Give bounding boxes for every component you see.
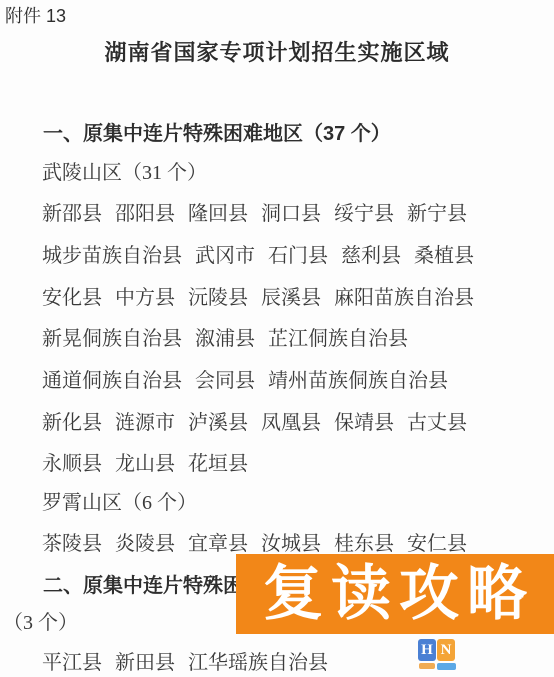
county-name: 绥宁县 (334, 203, 394, 226)
county-name: 宜章县 (188, 533, 248, 556)
county-name: 麻阳苗族自治县 (334, 287, 474, 310)
county-name: 古丈县 (407, 412, 467, 435)
county-row-5: 通道侗族自治县会同县靖州苗族侗族自治县 (42, 370, 448, 393)
document-page: 附件 13 湖南省国家专项计划招生实施区域 一、原集中连片特殊困难地区（37 个… (0, 0, 554, 677)
county-name: 会同县 (195, 370, 255, 393)
county-name: 花垣县 (188, 453, 248, 476)
county-name: 沅陵县 (188, 287, 248, 310)
county-name: 炎陵县 (115, 533, 175, 556)
subsection-luoxiao-heading: 罗霄山区（6 个） (42, 492, 197, 515)
county-name: 新晃侗族自治县 (42, 328, 182, 351)
county-row-2: 城步苗族自治县武冈市石门县慈利县桑植县 (42, 245, 474, 268)
county-row-6: 新化县涟源市泸溪县凤凰县保靖县古丈县 (42, 412, 467, 435)
county-name: 武冈市 (195, 245, 255, 268)
county-name: 安化县 (42, 287, 102, 310)
county-name: 泸溪县 (188, 412, 248, 435)
section-2-heading-wrap: （3 个） (3, 612, 78, 635)
watermark-banner: 复读攻略 (236, 554, 554, 634)
county-name: 桂东县 (334, 533, 394, 556)
county-name: 平江县 (42, 652, 102, 675)
county-name: 江华瑶族自治县 (188, 652, 328, 675)
county-name: 新化县 (42, 412, 102, 435)
county-row-9: 平江县新田县江华瑶族自治县 (42, 652, 328, 675)
county-name: 茶陵县 (42, 533, 102, 556)
county-name: 隆回县 (188, 203, 248, 226)
county-name: 中方县 (115, 287, 175, 310)
county-name: 辰溪县 (261, 287, 321, 310)
attachment-label: 附件 13 (5, 6, 66, 27)
county-name: 城步苗族自治县 (42, 245, 182, 268)
county-name: 涟源市 (115, 412, 175, 435)
county-name: 石门县 (268, 245, 328, 268)
county-name: 汝城县 (261, 533, 321, 556)
logo-left-bar-icon (419, 663, 435, 669)
county-name: 通道侗族自治县 (42, 370, 182, 393)
county-name: 桑植县 (414, 245, 474, 268)
county-name: 永顺县 (42, 453, 102, 476)
county-name: 新宁县 (407, 203, 467, 226)
county-name: 邵阳县 (115, 203, 175, 226)
county-row-8: 茶陵县炎陵县宜章县汝城县桂东县安仁县 (42, 533, 467, 556)
county-name: 保靖县 (334, 412, 394, 435)
hn-logo: H N (418, 639, 458, 672)
section-2-heading: 二、原集中连片特殊困 (43, 575, 243, 598)
county-name: 凤凰县 (261, 412, 321, 435)
county-name: 龙山县 (115, 453, 175, 476)
county-row-4: 新晃侗族自治县溆浦县芷江侗族自治县 (42, 328, 408, 351)
logo-n-tile-icon: N (437, 639, 455, 661)
section-1-heading: 一、原集中连片特殊困难地区（37 个） (43, 123, 391, 146)
county-row-1: 新邵县邵阳县隆回县洞口县绥宁县新宁县 (42, 203, 467, 226)
county-row-7: 永顺县龙山县花垣县 (42, 453, 248, 476)
watermark-text: 复读攻略 (263, 554, 535, 634)
logo-h-tile-icon: H (418, 639, 436, 661)
county-name: 靖州苗族侗族自治县 (268, 370, 448, 393)
logo-right-bar-icon (437, 663, 456, 670)
county-row-3: 安化县中方县沅陵县辰溪县麻阳苗族自治县 (42, 287, 474, 310)
county-name: 慈利县 (341, 245, 401, 268)
subsection-wuling-heading: 武陵山区（31 个） (42, 162, 207, 185)
county-name: 新田县 (115, 652, 175, 675)
county-name: 芷江侗族自治县 (268, 328, 408, 351)
page-title: 湖南省国家专项计划招生实施区域 (0, 40, 554, 65)
county-name: 安仁县 (407, 533, 467, 556)
county-name: 溆浦县 (195, 328, 255, 351)
county-name: 洞口县 (261, 203, 321, 226)
county-name: 新邵县 (42, 203, 102, 226)
